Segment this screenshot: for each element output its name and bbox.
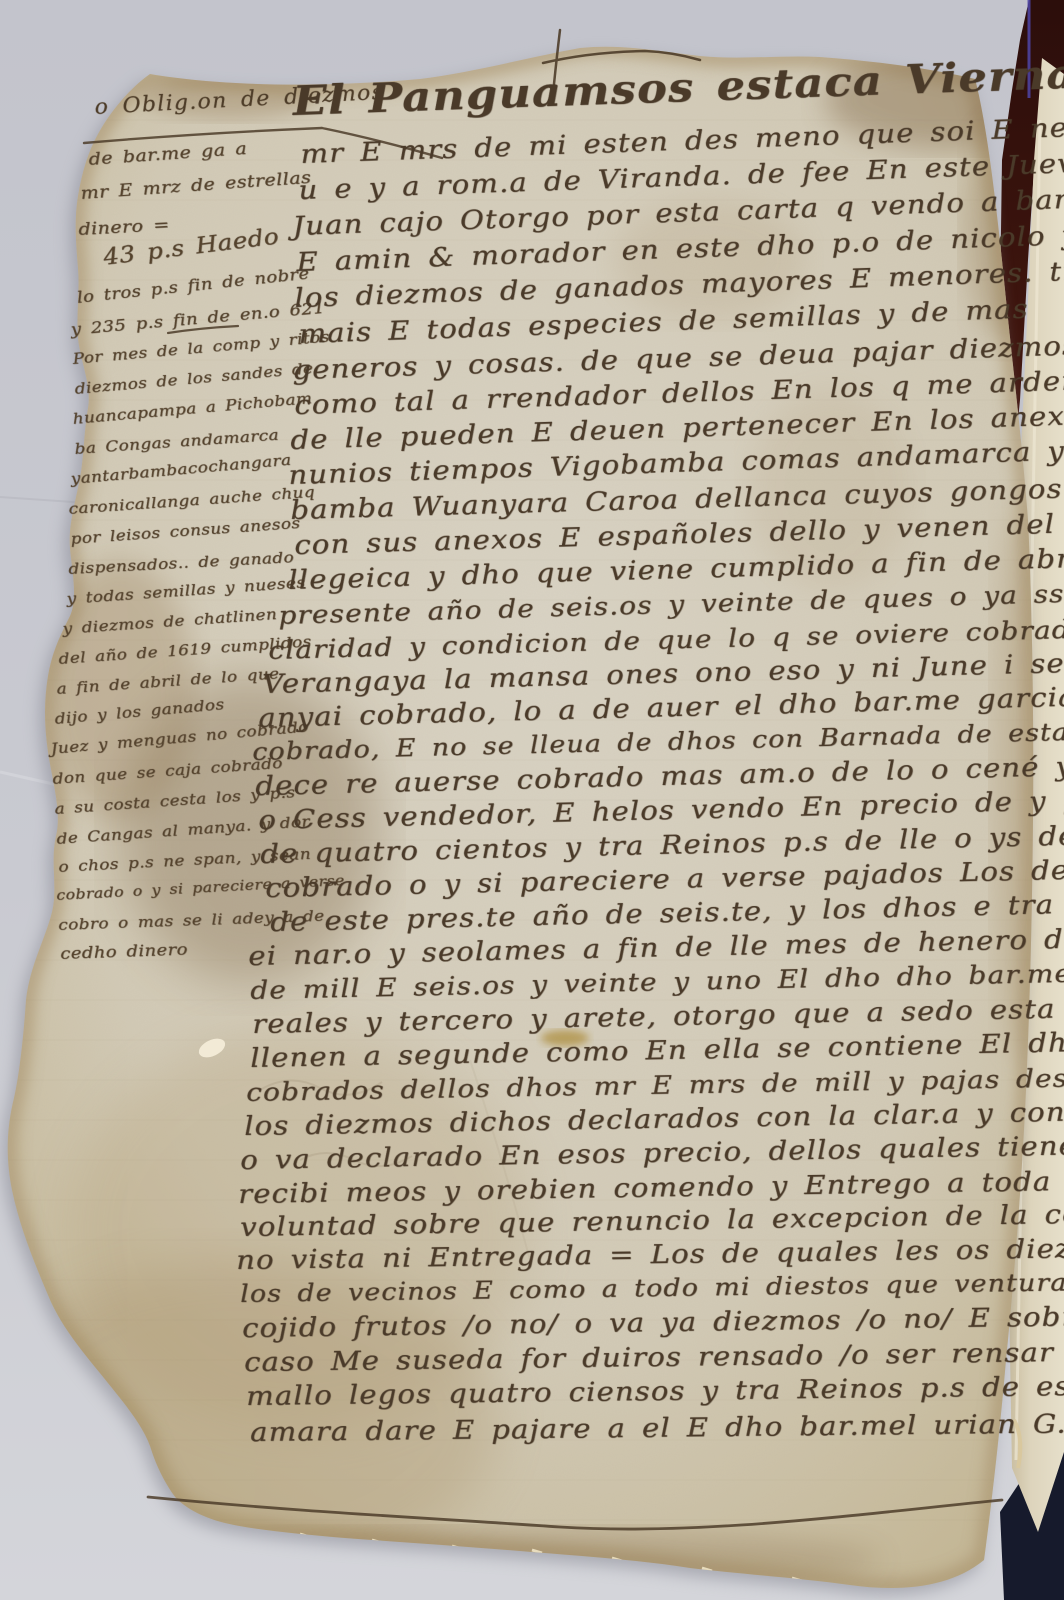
- paper-grain: [0, 0, 1064, 1600]
- photo-art: [0, 0, 1064, 1600]
- manuscript-photograph: o Oblig.on de diezmos de bar.me ga amr E…: [0, 0, 1064, 1600]
